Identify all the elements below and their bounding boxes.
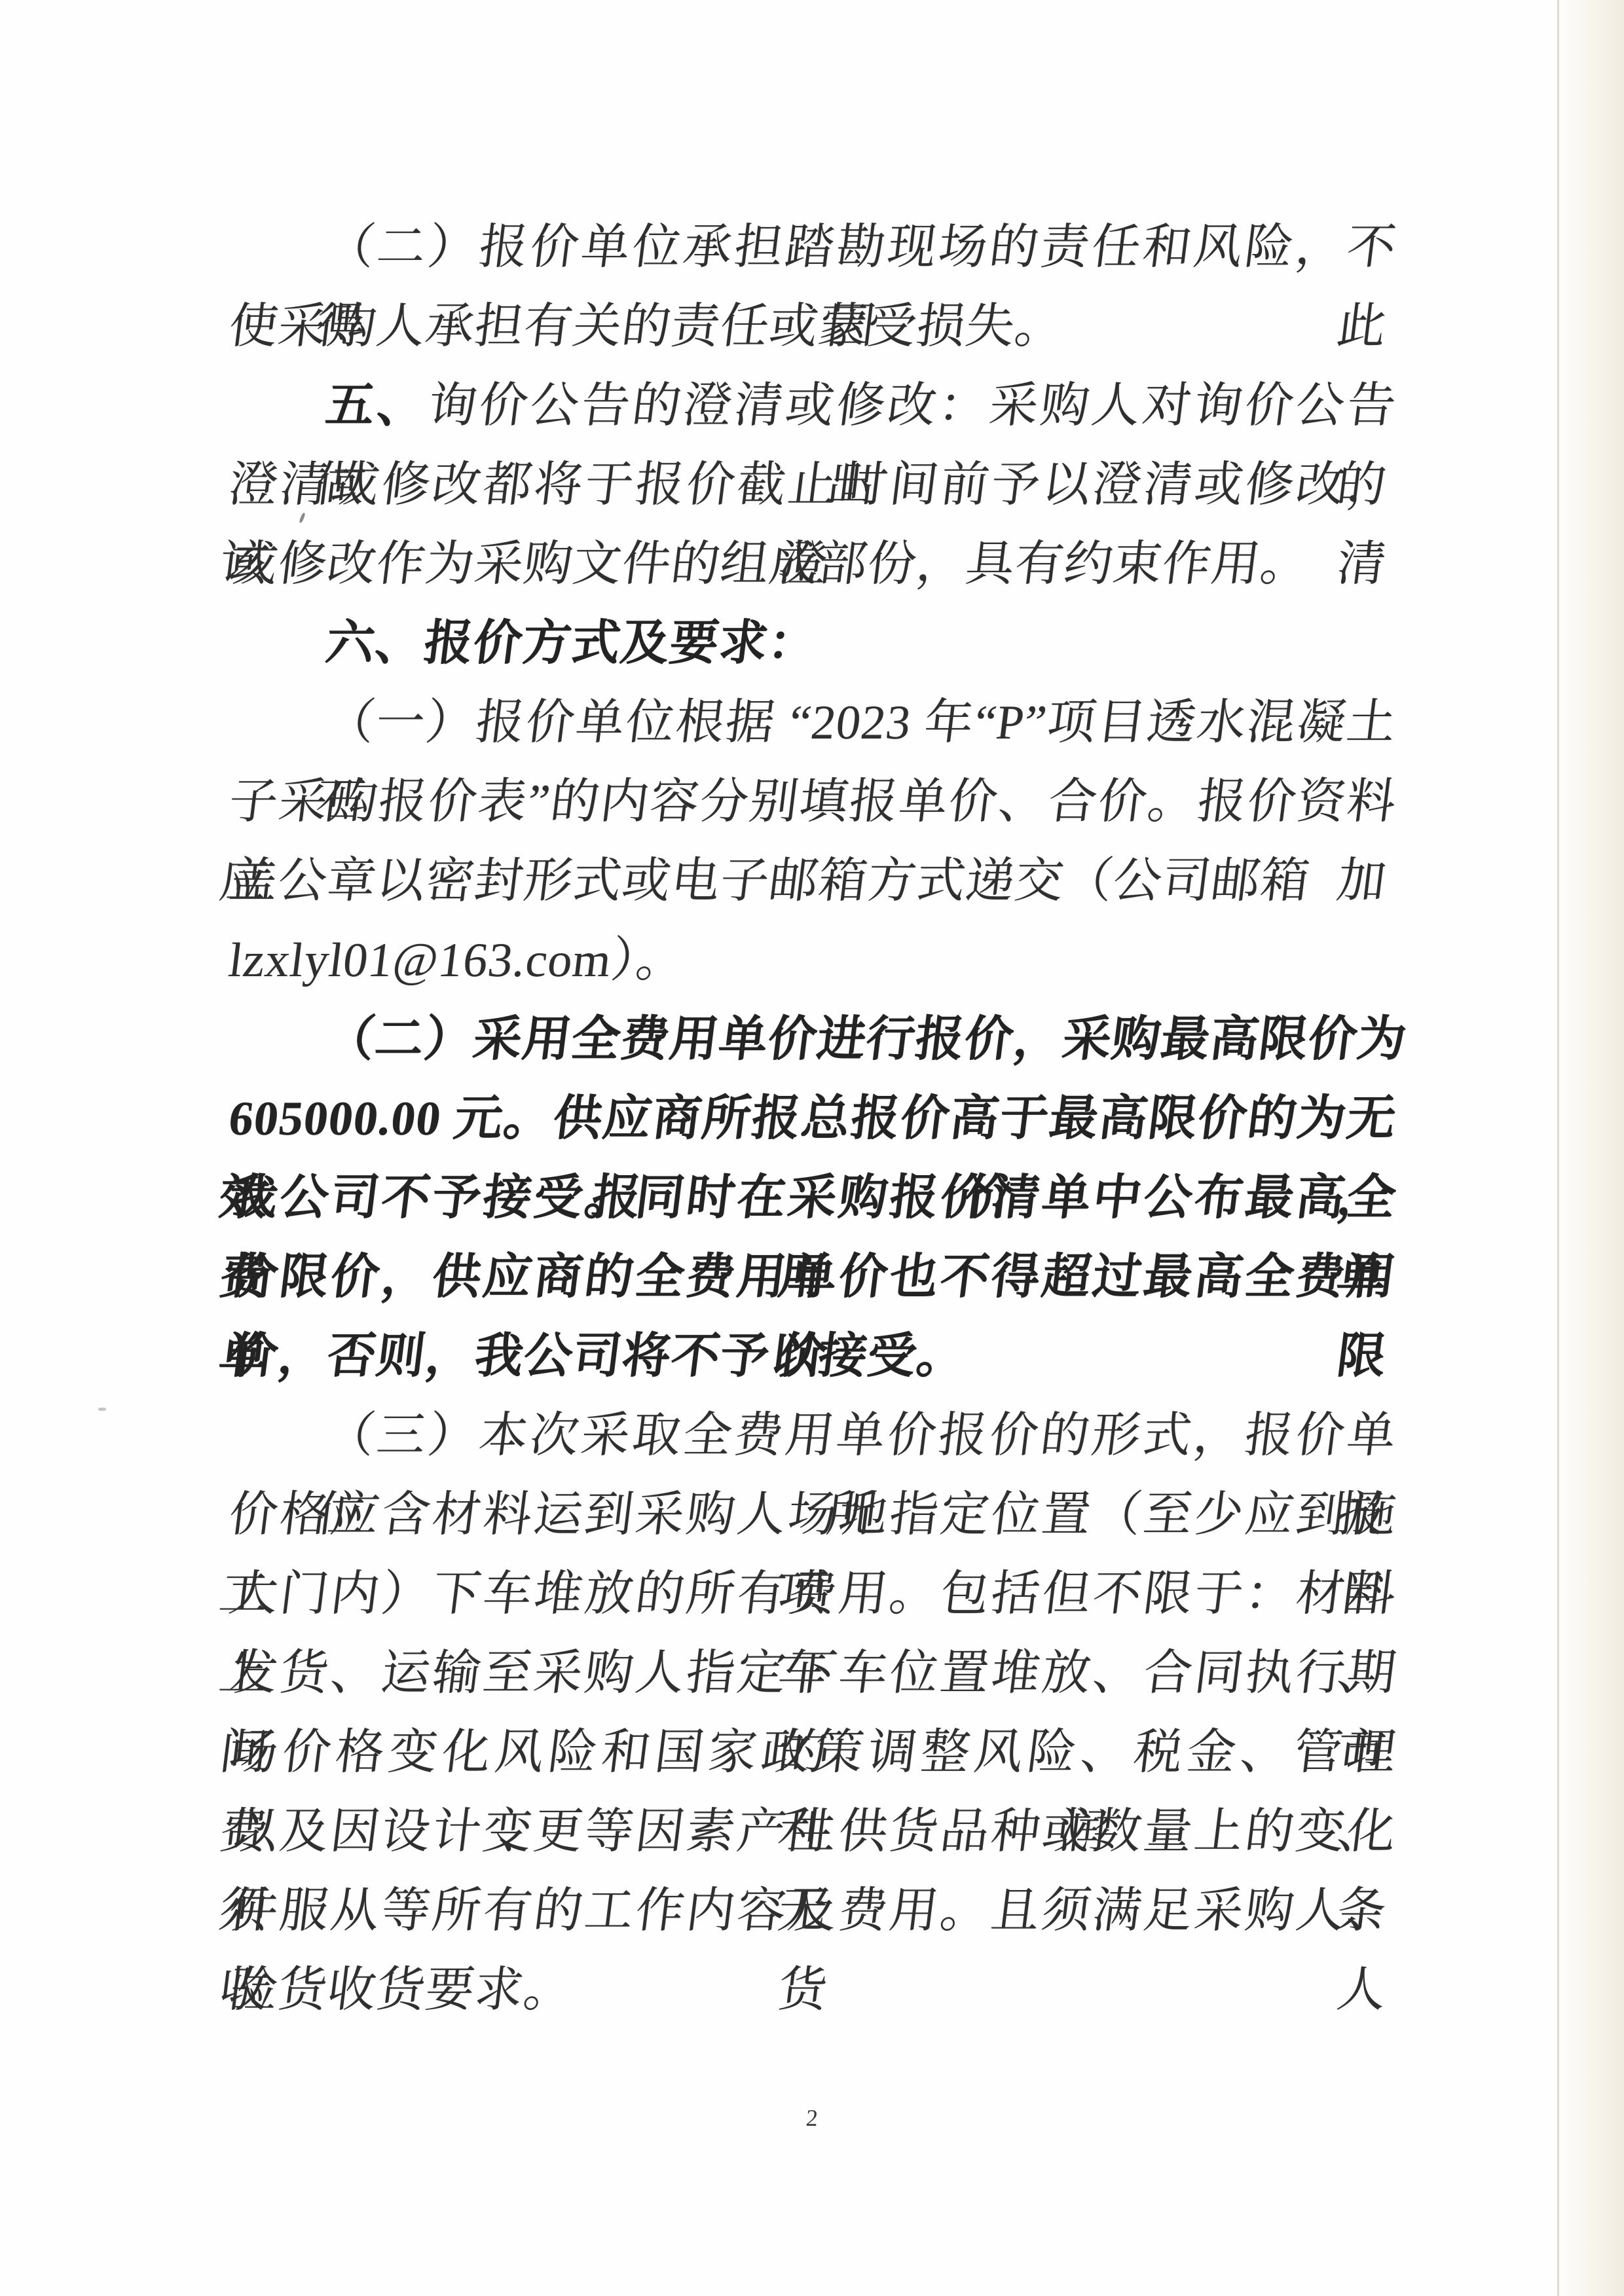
text-line: 价，否则，我公司将不予以接受。 bbox=[225, 1317, 1401, 1396]
text-line: 605000.00 元。供应商所报总报价高于最高限价的为无效报价， bbox=[225, 1080, 1401, 1159]
text-line: 澄清或修改都将于报价截止时间前予以澄清或修改，该澄清 bbox=[225, 446, 1401, 525]
text-line: 发货、运输至采购人指定下车位置堆放、合同执行期间的市 bbox=[225, 1634, 1401, 1713]
text-line: 盖公章以密封形式或电子邮箱方式递交（公司邮箱 bbox=[225, 842, 1401, 921]
text-line: 或修改作为采购文件的组成部份，具有约束作用。 bbox=[225, 525, 1401, 604]
text-line: 件服从等所有的工作内容及费用。且须满足采购人、收货人 bbox=[225, 1872, 1401, 1951]
text-line: 验货收货要求。 bbox=[225, 1951, 1401, 2030]
text-line: 使采购人承担有关的责任或蒙受损失。 bbox=[225, 287, 1401, 367]
text-line: （二）采用全费用单价进行报价，采购最高限价为 bbox=[225, 1000, 1401, 1080]
section-heading: 六、报价方式及要求： bbox=[225, 604, 1401, 683]
text-line: 五、询价公告的澄清或修改：采购人对询价公告做出的 bbox=[225, 367, 1401, 446]
text-line: 我公司不予接受。同时在采购报价清单中公布最高全费用单 bbox=[225, 1159, 1401, 1238]
scan-speck bbox=[98, 1408, 106, 1411]
text-line: （三）本次采取全费用单价报价的形式，报价单位所报 bbox=[225, 1396, 1401, 1476]
scan-edge-line bbox=[1557, 0, 1559, 2296]
document-body: （二）报价单位承担踏勘现场的责任和风险，不得因此 使采购人承担有关的责任或蒙受损… bbox=[229, 208, 1396, 2030]
page-number: 2 bbox=[0, 2095, 1624, 2141]
scanned-document-page: （二）报价单位承担踏勘现场的责任和风险，不得因此 使采购人承担有关的责任或蒙受损… bbox=[0, 0, 1624, 2296]
text-line: lzxlyl01@163.com）。 bbox=[225, 921, 1401, 1000]
section-heading-prefix: 五、 bbox=[323, 379, 432, 433]
text-line: （一）报价单位根据 “2023 年“P”项目透水混凝土石 bbox=[225, 683, 1401, 763]
text-line: 价格应含材料运到采购人场地指定位置（至少应到施工项目 bbox=[225, 1476, 1401, 1555]
text-line: （二）报价单位承担踏勘现场的责任和风险，不得因此 bbox=[225, 208, 1401, 287]
text-line: 大门内）下车堆放的所有费用。包括但不限于：材料上车、 bbox=[225, 1555, 1401, 1634]
scan-edge-shade bbox=[1559, 0, 1624, 2296]
text-line: 价限价，供应商的全费用单价也不得超过最高全费用单价限 bbox=[225, 1238, 1401, 1317]
text-line: 场价格变化风险和国家政策调整风险、税金、管理费、利润、 bbox=[225, 1713, 1401, 1793]
text-line: 以及因设计变更等因素产生供货品种或数量上的变化须无条 bbox=[225, 1793, 1401, 1872]
text-line: 子采购报价表”的内容分别填报单价、合价。报价资料应加 bbox=[225, 763, 1401, 842]
